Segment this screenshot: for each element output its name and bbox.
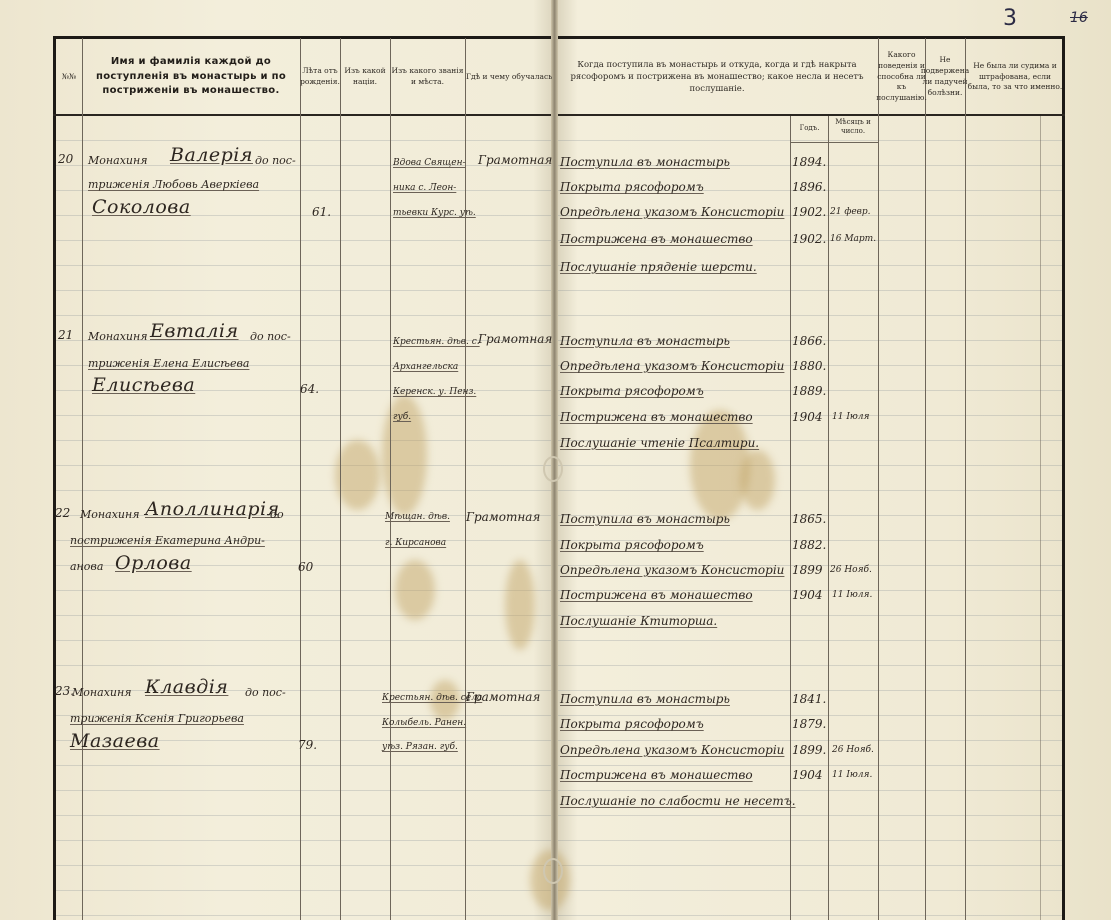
corner-mark: 16 (1070, 10, 1088, 26)
entry-title: Монахиня (88, 330, 148, 343)
education: Грамотная (466, 510, 540, 524)
column-divider (340, 38, 341, 920)
event-text: Пострижена въ монашество (560, 588, 753, 602)
event-text: Покрыта рясофоромъ (560, 538, 704, 552)
event-year: 1879. (792, 717, 826, 731)
event-year: 1841. (792, 692, 826, 706)
event-text: Поступила въ монастырь (560, 334, 730, 348)
binding-thread (543, 858, 563, 884)
monastic-name: Евталія (150, 320, 239, 342)
event-text: Покрыта рясофоромъ (560, 717, 704, 731)
event-year: 1889. (792, 384, 826, 398)
event-text: Поступила въ монастырь (560, 692, 730, 706)
column-divider (878, 38, 879, 920)
event-text: Покрыта рясофоромъ (560, 384, 704, 398)
age: 61. (312, 205, 331, 219)
event-text: Пострижена въ монашество (560, 410, 753, 424)
rank-place-line: губ. (393, 412, 411, 422)
name-suffix: до пос- (250, 330, 291, 343)
event-year: 1896. (792, 180, 826, 194)
surname: Мазаева (70, 730, 160, 752)
column-divider (82, 38, 83, 920)
column-divider (828, 116, 829, 920)
rank-place-line: Архангельска (393, 362, 458, 372)
entry-title: Монахиня (72, 686, 132, 699)
entry-title: Монахиня (80, 508, 140, 521)
column-divider (1040, 116, 1041, 920)
event-text: Послушаніе по слабости не несетъ. (560, 794, 796, 808)
education: Грамотная (478, 332, 552, 346)
header-conduct: Какого поведенія и способна ли къ послуш… (879, 40, 924, 114)
event-year: 1882. (792, 538, 826, 552)
header-divider (53, 114, 1065, 116)
event-year: 1865. (792, 512, 826, 526)
event-text: Опредѣлена указомъ Консисторіи (560, 205, 784, 219)
binding-thread (543, 456, 563, 482)
event-year: 1899. (792, 743, 826, 757)
event-text: Опредѣлена указомъ Консисторіи (560, 359, 784, 373)
header-age: Лѣта отъ рожденія. (301, 40, 339, 114)
event-text: Опредѣлена указомъ Консисторіи (560, 743, 784, 757)
header-name: Имя и фамилія каждой до поступленія въ м… (88, 40, 294, 114)
event-year: 1902. (792, 232, 826, 246)
event-text: Покрыта рясофоромъ (560, 180, 704, 194)
event-text: Пострижена въ монашество (560, 768, 753, 782)
event-year: 1880. (792, 359, 826, 373)
name-suffix: до (270, 508, 284, 521)
age: 64. (300, 382, 319, 396)
rank-place-line: Вдова Священ- (393, 158, 466, 168)
header-disease: Не подвержена ли падучей болѣзни. (926, 40, 964, 114)
surname: Елисѣева (92, 374, 195, 396)
entry-title: Монахиня (88, 154, 148, 167)
surname: Орлова (115, 552, 192, 574)
event-year: 1866. (792, 334, 826, 348)
header-history: Когда поступила въ монастырь и откуда, к… (558, 40, 876, 114)
monastic-name: Валерія (170, 144, 253, 166)
age: 60 (298, 560, 313, 574)
monastic-name: Аполлинарія (145, 498, 280, 520)
rank-place-line: г. Кирсанова (385, 538, 446, 548)
age: 79. (298, 738, 317, 752)
rank-place-line: тьевки Курс. уѣ. (393, 208, 476, 218)
entry-number: 22 (55, 506, 70, 520)
header-nation: Изъ какой націи. (341, 40, 389, 114)
event-date: 26 Нояб. (830, 565, 872, 575)
column-divider (965, 38, 966, 920)
header-court: Не была ли судима и штрафована, если был… (967, 40, 1063, 114)
education: Грамотная (478, 153, 552, 167)
event-year: 1904 (792, 768, 823, 782)
event-date: 26 Нояб. (832, 745, 874, 755)
rank-place-line: ника с. Леон- (393, 183, 456, 193)
event-text: Послушаніе Ктиторша. (560, 614, 717, 628)
event-text: Послушаніе пряденіе шерсти. (560, 260, 757, 274)
rank-place-line: уѣз. Рязан. губ. (382, 742, 458, 752)
column-divider (925, 38, 926, 920)
event-text: Поступила въ монастырь (560, 512, 730, 526)
header-education: Гдѣ и чему обучалась (466, 40, 558, 114)
surname-prefix: анова (70, 560, 103, 573)
event-text: Пострижена въ монашество (560, 232, 753, 246)
name-suffix: до пос- (255, 154, 296, 167)
event-year: 1904 (792, 410, 823, 424)
rank-place-line: Мѣщан. дѣв. (385, 512, 450, 522)
header-month-day: Мѣсяцъ и число. (829, 118, 877, 136)
column-divider (465, 38, 466, 920)
event-year: 1894. (792, 155, 826, 169)
entry-number: 20 (58, 152, 73, 166)
monastic-name: Клавдія (145, 676, 228, 698)
document-page: 3 16 №№ Имя и фамилія каждой до поступле… (0, 0, 1111, 920)
education: Грамотная (466, 690, 540, 704)
event-date: 11 Іюля. (832, 590, 872, 600)
entry-number: 21 (58, 328, 73, 342)
header-rank-place: Изъ какого званія и мѣста. (391, 40, 464, 114)
subheader-divider (790, 142, 878, 143)
surname: Соколова (92, 196, 191, 218)
column-divider (300, 38, 301, 920)
event-year: 1899 (792, 563, 823, 577)
secular-name: триженія Елена Елисѣева (88, 357, 249, 370)
header-year: Годъ. (791, 124, 828, 133)
header-number: №№ (56, 40, 82, 114)
event-date: 21 февр. (830, 207, 871, 217)
event-text: Послушаніе чтеніе Псалтири. (560, 436, 759, 450)
event-year: 1902. (792, 205, 826, 219)
event-date: 11 Іюля (832, 412, 869, 422)
event-text: Поступила въ монастырь (560, 155, 730, 169)
event-date: 11 Іюля. (832, 770, 872, 780)
rank-place-line: Колыбель. Ранен. (382, 718, 466, 728)
secular-name: триженія Ксенія Григорьева (70, 712, 244, 725)
name-suffix: до пос- (245, 686, 286, 699)
rank-place-line: Керенск. у. Пенз. (393, 387, 476, 397)
rank-place-line: Крестьян. дѣв. с. (393, 337, 480, 347)
secular-name: постриженія Екатерина Андри- (70, 534, 265, 547)
secular-name: триженія Любовь Аверкіева (88, 178, 259, 191)
event-year: 1904 (792, 588, 823, 602)
event-date: 16 Март. (830, 234, 876, 244)
page-number: 3 (1003, 6, 1017, 31)
event-text: Опредѣлена указомъ Консисторіи (560, 563, 784, 577)
column-divider (390, 38, 391, 920)
